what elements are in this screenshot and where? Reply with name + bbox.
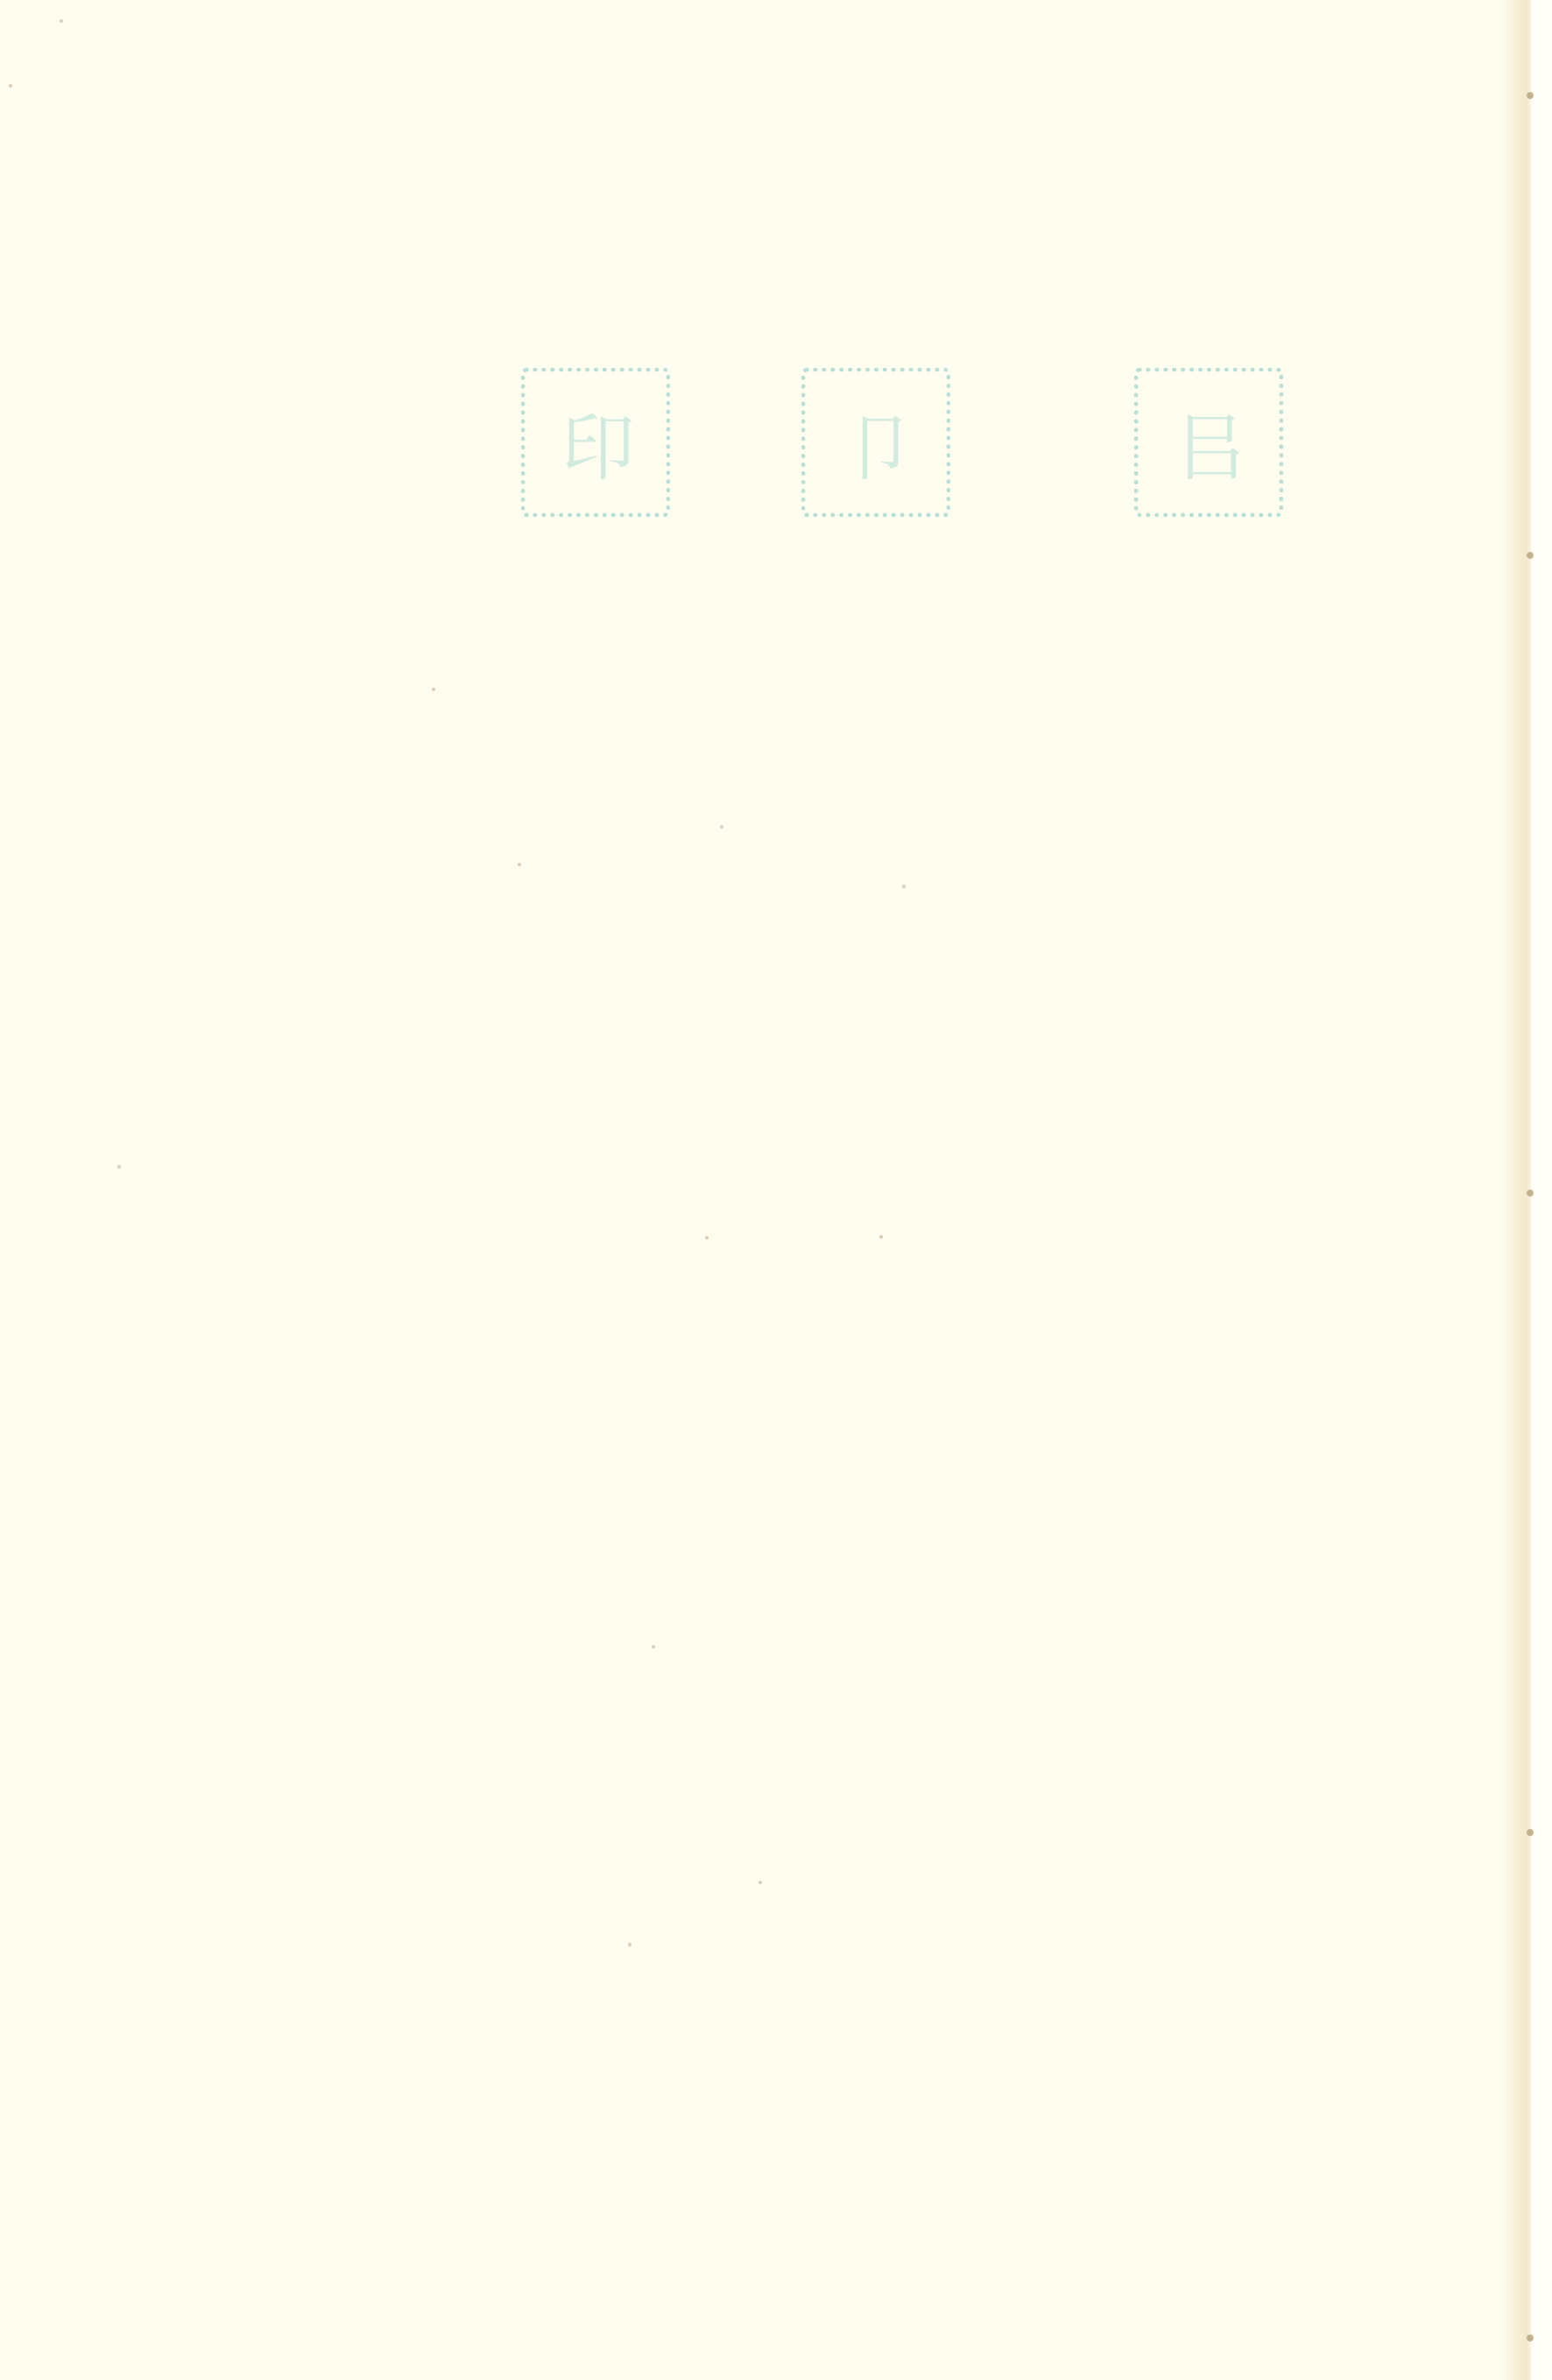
seal-stamp-center: 卩	[793, 359, 959, 526]
paper-speck	[705, 1236, 709, 1239]
margin-mark	[1527, 92, 1534, 99]
paper-speck	[60, 19, 63, 23]
book-gutter-shadow	[1499, 0, 1531, 2380]
paper-speck	[117, 1165, 121, 1169]
paper-speck	[652, 1645, 655, 1649]
seal-glyph: 印	[512, 390, 679, 496]
page-edge	[1531, 0, 1552, 2380]
seal-stamp-left: 印	[512, 359, 679, 526]
seal-glyph: 㠯	[1125, 390, 1292, 496]
paper-speck	[758, 1881, 762, 1884]
margin-mark	[1527, 552, 1534, 559]
book-page: 印 卩 㠯	[0, 0, 1552, 2380]
paper-speck	[628, 1943, 631, 1946]
margin-mark	[1527, 2334, 1534, 2341]
paper-speck	[879, 1235, 883, 1239]
margin-mark	[1527, 1190, 1534, 1197]
paper-speck	[720, 825, 723, 829]
margin-mark	[1527, 1829, 1534, 1836]
paper-speck	[902, 885, 906, 888]
paper-speck	[518, 863, 521, 866]
seal-stamp-right: 㠯	[1125, 359, 1292, 526]
seal-glyph: 卩	[793, 390, 959, 496]
paper-speck	[432, 688, 435, 691]
paper-speck	[9, 84, 12, 88]
